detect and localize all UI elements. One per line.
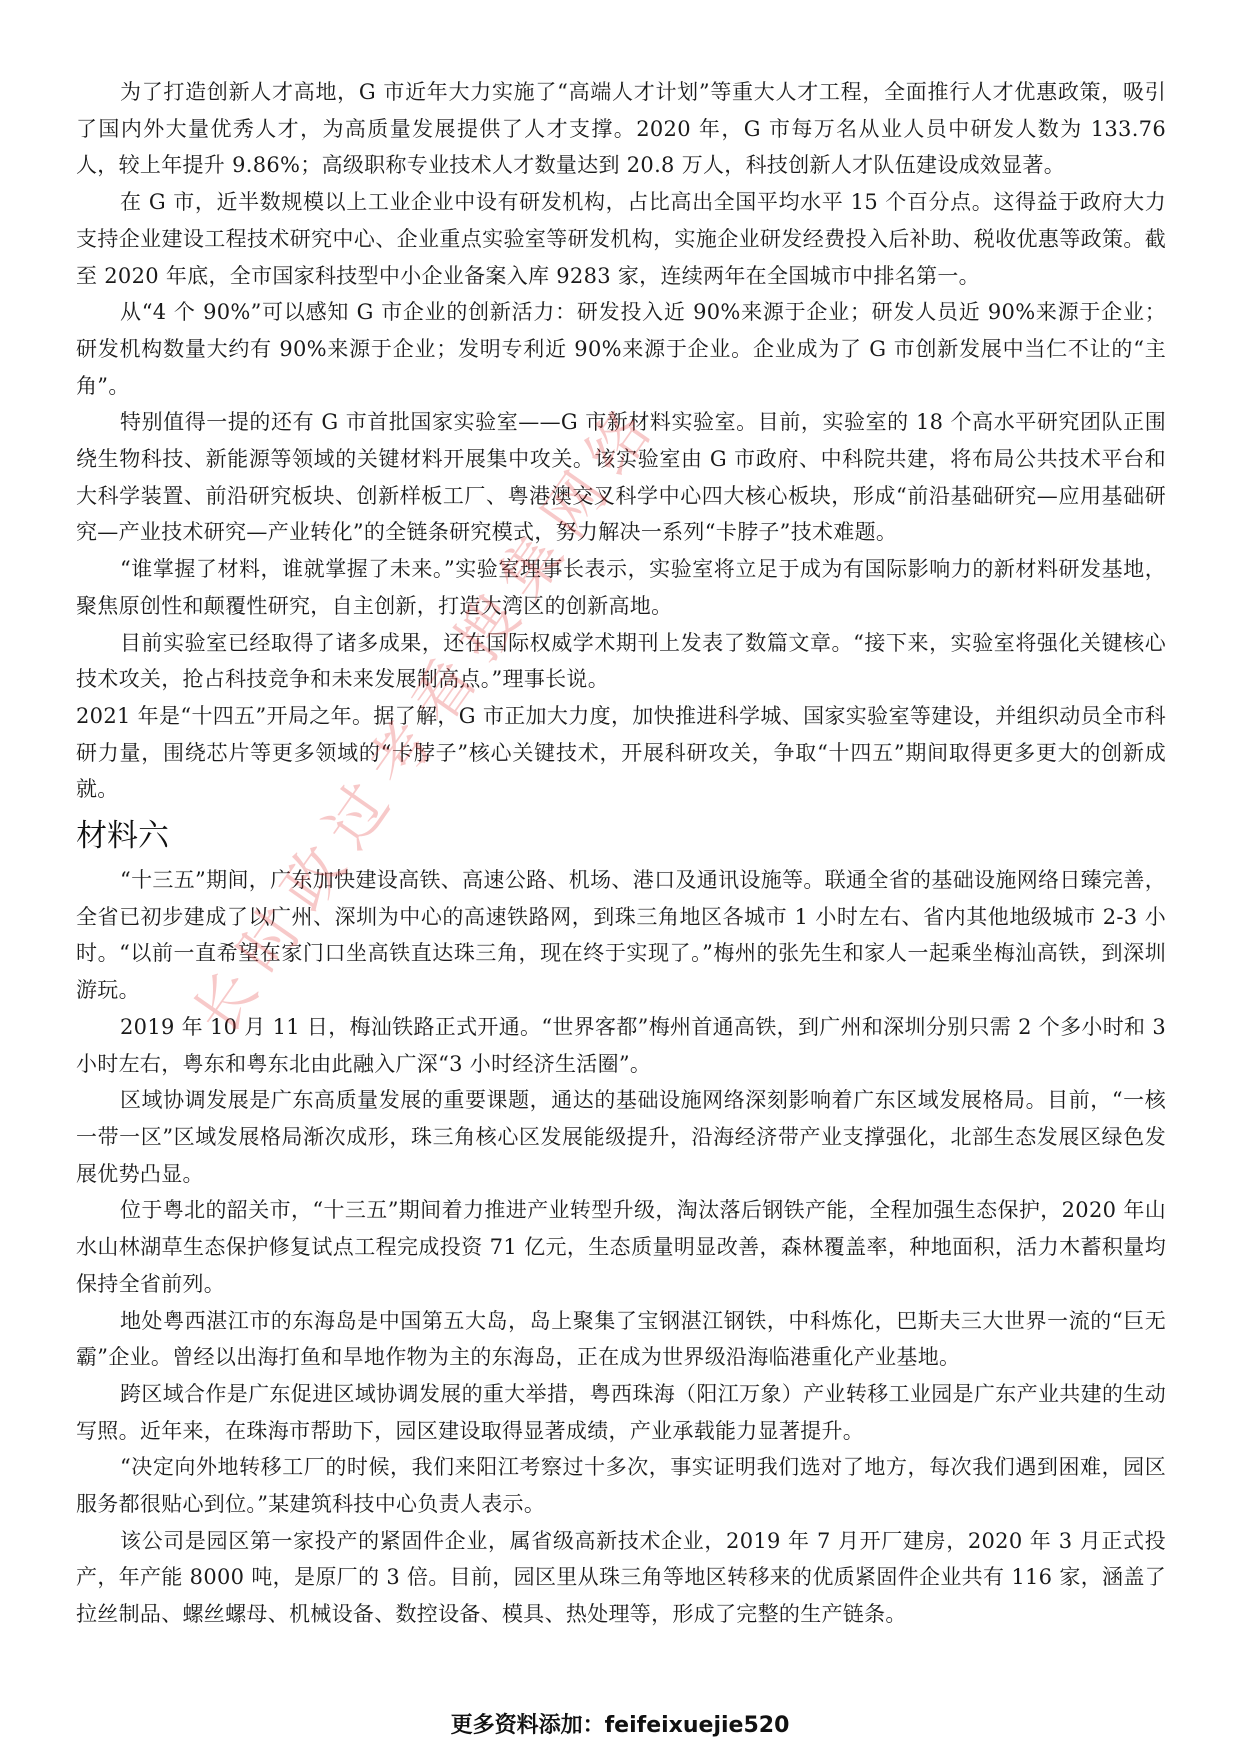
paragraph-shaoguan: 位于粤北的韶关市，“十三五”期间着力推进产业转型升级，淘汰落后钢铁产能，全程加强… — [76, 1192, 1166, 1302]
paragraph-regional-development: 区域协调发展是广东高质量发展的重要课题，通达的基础设施网络深刻影响着广东区域发展… — [76, 1082, 1166, 1192]
paragraph-talent-plan: 为了打造创新人才高地，G 市近年大力实施了“高端人才计划”等重大人才工程，全面推… — [76, 74, 1166, 184]
paragraph-four-90-percent: 从“4 个 90%”可以感知 G 市企业的创新活力：研发投入近 90%来源于企业… — [76, 294, 1166, 404]
section-heading-material-six: 材料六 — [76, 814, 1166, 858]
footer-contact: 更多资料添加：feifeixuejie520 — [0, 1708, 1240, 1739]
paragraph-infrastructure: “十三五”期间，广东加快建设高铁、高速公路、机场、港口及通讯设施等。联通全省的基… — [76, 862, 1166, 1009]
paragraph-14th-five-year: 2021 年是“十四五”开局之年。据了解，G 市正加大力度，加快推进科学城、国家… — [76, 698, 1166, 808]
paragraph-lab-director-quote: “谁掌握了材料，谁就掌握了未来。”实验室理事长表示，实验室将立足于成为有国际影响… — [76, 551, 1166, 624]
paragraph-fastener-company: 该公司是园区第一家投产的紧固件企业，属省级高新技术企业，2019 年 7 月开厂… — [76, 1523, 1166, 1633]
paragraph-donghai-island: 地处粤西湛江市的东海岛是中国第五大岛，岛上聚集了宝钢湛江钢铁，中科炼化，巴斯夫三… — [76, 1303, 1166, 1376]
paragraph-rd-institutions: 在 G 市，近半数规模以上工业企业中设有研发机构，占比高出全国平均水平 15 个… — [76, 184, 1166, 294]
paragraph-cross-region-park: 跨区域合作是广东促进区域协调发展的重大举措，粤西珠海（阳江万象）产业转移工业园是… — [76, 1376, 1166, 1449]
paragraph-new-materials-lab: 特别值得一提的还有 G 市首批国家实验室——G 市新材料实验室。目前，实验室的 … — [76, 404, 1166, 551]
document-page: 为了打造创新人才高地，G 市近年大力实施了“高端人才计划”等重大人才工程，全面推… — [76, 74, 1166, 1633]
paragraph-lab-achievements: 目前实验室已经取得了诸多成果，还在国际权威学术期刊上发表了数篇文章。“接下来，实… — [76, 625, 1166, 698]
paragraph-company-quote: “决定向外地转移工厂的时候，我们来阳江考察过十多次，事实证明我们选对了地方，每次… — [76, 1449, 1166, 1522]
paragraph-meishan-railway: 2019 年 10 月 11 日，梅汕铁路正式开通。“世界客都”梅州首通高铁，到… — [76, 1009, 1166, 1082]
